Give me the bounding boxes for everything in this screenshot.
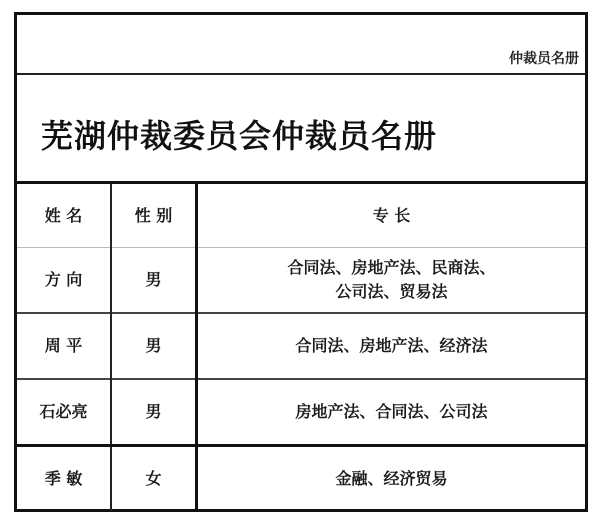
cell-name: 方 向 (17, 248, 111, 314)
column-header-specialty: 专 长 (197, 184, 586, 248)
header-label: 仲裁员名册 (509, 48, 579, 68)
title-area: 芜湖仲裁委员会仲裁员名册 (17, 75, 585, 184)
specialty-line-1: 合同法、房地产法、民商法、 (198, 256, 585, 280)
roster-document: 仲裁员名册 芜湖仲裁委员会仲裁员名册 姓 名 性 别 专 长 方 向 男 合同法… (14, 12, 588, 512)
cell-name: 石必亮 (17, 379, 111, 446)
table-header-row: 姓 名 性 别 专 长 (17, 184, 585, 248)
cell-gender: 男 (111, 379, 197, 446)
header-band: 仲裁员名册 (17, 15, 585, 75)
specialty-line-2: 公司法、贸易法 (198, 280, 585, 304)
cell-gender: 男 (111, 248, 197, 314)
cell-specialty: 房地产法、合同法、公司法 (197, 379, 586, 446)
column-header-gender: 性 别 (111, 184, 197, 248)
arbitrator-table: 姓 名 性 别 专 长 方 向 男 合同法、房地产法、民商法、 公司法、贸易法 … (17, 184, 585, 511)
cell-specialty: 合同法、房地产法、经济法 (197, 313, 586, 379)
cell-specialty: 金融、经济贸易 (197, 446, 586, 512)
table-row: 季 敏 女 金融、经济贸易 (17, 446, 585, 512)
cell-name: 周 平 (17, 313, 111, 379)
cell-specialty: 合同法、房地产法、民商法、 公司法、贸易法 (197, 248, 586, 314)
page-title: 芜湖仲裁委员会仲裁员名册 (41, 111, 437, 157)
table-row: 周 平 男 合同法、房地产法、经济法 (17, 313, 585, 379)
table-row: 方 向 男 合同法、房地产法、民商法、 公司法、贸易法 (17, 248, 585, 314)
cell-gender: 男 (111, 313, 197, 379)
table-row: 石必亮 男 房地产法、合同法、公司法 (17, 379, 585, 446)
cell-gender: 女 (111, 446, 197, 512)
cell-name: 季 敏 (17, 446, 111, 512)
column-header-name: 姓 名 (17, 184, 111, 248)
